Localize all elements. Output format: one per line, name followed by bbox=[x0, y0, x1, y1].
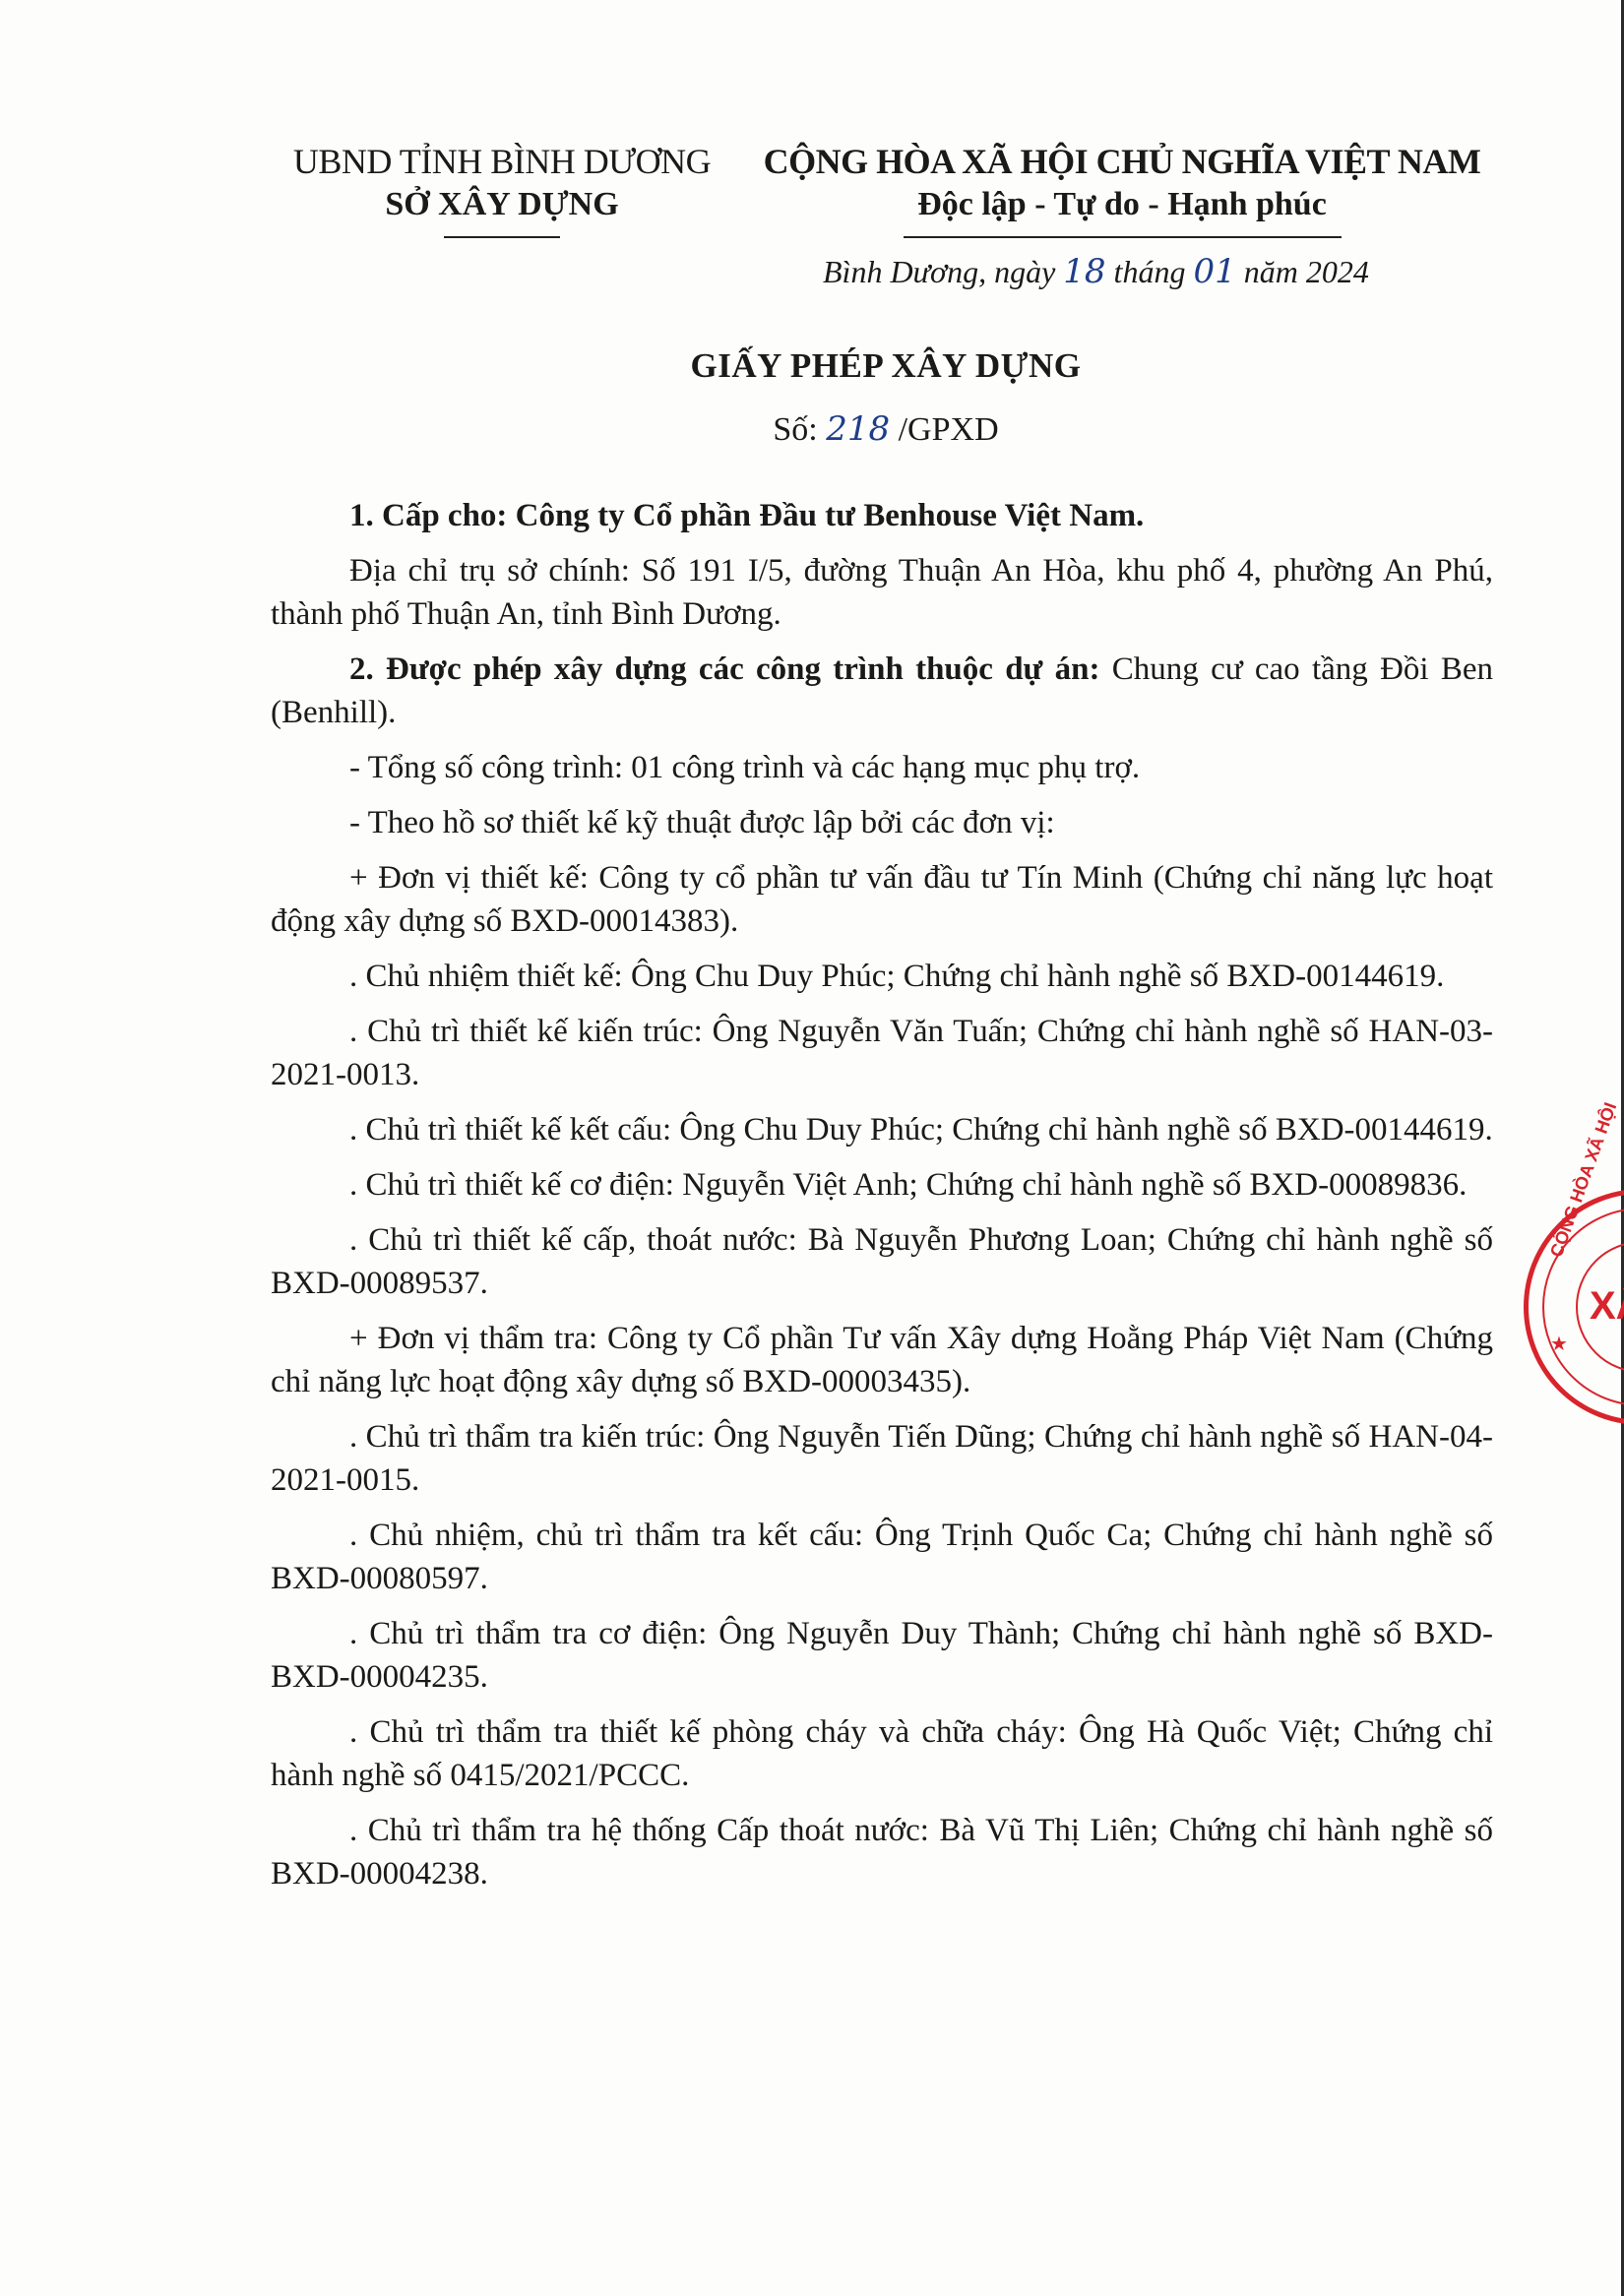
date-prefix: Bình Dương, ngày bbox=[823, 254, 1063, 289]
department-name: SỞ XÂY DỰNG bbox=[285, 183, 718, 226]
issuing-authority: UBND TỈNH BÌNH DƯƠNG SỞ XÂY DỰNG bbox=[285, 140, 718, 238]
issue-date: Bình Dương, ngày 18 tháng 01 năm 2024 bbox=[823, 252, 1369, 291]
section-2-label: 2. Được phép xây dựng các công trình thu… bbox=[349, 652, 1100, 687]
number-suffix: /GPXD bbox=[890, 411, 999, 448]
list-item: - Tổng số công trình: 01 công trình và c… bbox=[271, 746, 1493, 789]
province-committee: UBND TỈNH BÌNH DƯƠNG bbox=[285, 140, 718, 183]
list-item: . Chủ trì thiết kế cơ điện: Nguyễn Việt … bbox=[271, 1163, 1493, 1207]
authority-underline bbox=[444, 236, 560, 238]
list-item: . Chủ trì thẩm tra kiến trúc: Ông Nguyễn… bbox=[271, 1415, 1493, 1502]
star-icon: ★ bbox=[1550, 1332, 1568, 1356]
section-1-grantee: 1. Cấp cho: Công ty Cổ phần Đầu tư Benho… bbox=[271, 494, 1493, 537]
seal-center-text: XÂY bbox=[1590, 1284, 1624, 1329]
document-number: Số: 218 /GPXD bbox=[0, 409, 1624, 449]
national-motto: CỘNG HÒA XÃ HỘI CHỦ NGHĨA VIỆT NAM Độc l… bbox=[748, 140, 1496, 238]
list-item: . Chủ trì thiết kế kết cấu: Ông Chu Duy … bbox=[271, 1108, 1493, 1151]
date-year: năm 2024 bbox=[1236, 254, 1369, 289]
date-day: 18 bbox=[1063, 252, 1105, 291]
list-item: . Chủ trì thiết kế cấp, thoát nước: Bà N… bbox=[271, 1218, 1493, 1305]
motto-underline bbox=[904, 236, 1342, 238]
section-1-address: Địa chỉ trụ sở chính: Số 191 I/5, đường … bbox=[271, 549, 1493, 636]
list-item: . Chủ trì thẩm tra thiết kế phòng cháy v… bbox=[271, 1710, 1493, 1797]
date-month-label: tháng bbox=[1106, 254, 1194, 289]
section-2-project: 2. Được phép xây dựng các công trình thu… bbox=[271, 648, 1493, 734]
list-item: + Đơn vị thiết kế: Công ty cổ phần tư vấ… bbox=[271, 856, 1493, 943]
list-item: - Theo hồ sơ thiết kế kỹ thuật được lập … bbox=[271, 801, 1493, 844]
number-value: 218 bbox=[826, 409, 890, 449]
list-item: . Chủ nhiệm thiết kế: Ông Chu Duy Phúc; … bbox=[271, 955, 1493, 998]
motto: Độc lập - Tự do - Hạnh phúc bbox=[748, 183, 1496, 226]
list-item: + Đơn vị thẩm tra: Công ty Cổ phần Tư vấ… bbox=[271, 1317, 1493, 1403]
list-item: . Chủ trì thẩm tra cơ điện: Ông Nguyễn D… bbox=[271, 1612, 1493, 1699]
list-item: . Chủ trì thiết kế kiến trúc: Ông Nguyễn… bbox=[271, 1010, 1493, 1096]
country-name: CỘNG HÒA XÃ HỘI CHỦ NGHĨA VIỆT NAM bbox=[748, 140, 1496, 183]
document-body: 1. Cấp cho: Công ty Cổ phần Đầu tư Benho… bbox=[271, 494, 1493, 1907]
list-item: . Chủ nhiệm, chủ trì thẩm tra kết cấu: Ô… bbox=[271, 1514, 1493, 1600]
list-item: . Chủ trì thẩm tra hệ thống Cấp thoát nư… bbox=[271, 1809, 1493, 1895]
seal-ring-text: CỘNG HÒA XÃ HỘI bbox=[1546, 1100, 1621, 1261]
number-prefix: Số: bbox=[773, 411, 826, 448]
official-seal: CỘNG HÒA XÃ HỘI ★ XÂY bbox=[1524, 1189, 1624, 1425]
document-title: GIẤY PHÉP XÂY DỰNG bbox=[0, 346, 1624, 386]
date-month: 01 bbox=[1193, 252, 1235, 291]
